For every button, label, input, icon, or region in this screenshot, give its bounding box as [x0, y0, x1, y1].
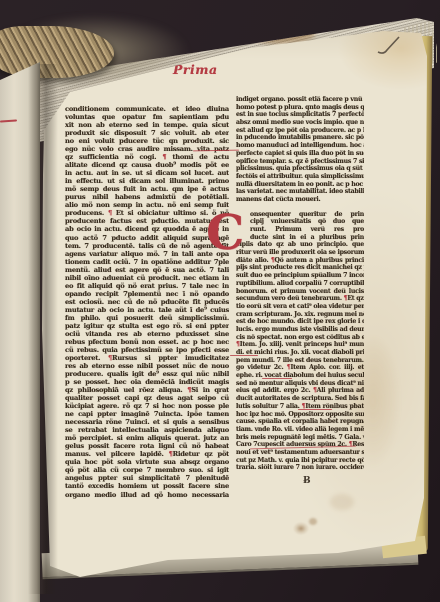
red-margin-stroke: [0, 119, 17, 122]
stain: [330, 494, 354, 510]
rubric-underline: [298, 409, 332, 410]
text-column-right: indiget organo. possit etiä facere p vnü…: [236, 96, 364, 472]
ink-signature-mark: Ƀ: [303, 476, 311, 486]
stain: [293, 522, 309, 535]
corner-pen-mark-icon: [376, 34, 402, 56]
headband: [0, 26, 114, 78]
column-block-beside-initial: C onsequenter queritur de principij vniu…: [236, 211, 364, 242]
lombardic-initial: C: [206, 213, 244, 253]
facing-page-sliver: [0, 62, 40, 602]
edge-stain: [245, 24, 315, 44]
initial-lines: onsequenter queritur de principij vniuer…: [250, 211, 364, 242]
column-block-top: indiget organo. possit etiä facere p vnü…: [236, 96, 364, 204]
book-photo: Prima conditionem communicate. et ideo d…: [0, 0, 440, 602]
rubric-underline: [262, 378, 292, 379]
stain: [309, 518, 317, 525]
manuscript-page: Prima conditionem communicate. et ideo d…: [38, 26, 432, 580]
text-column-left: conditionem communicate. et ideo diuinav…: [65, 105, 229, 499]
rubric-underline: [230, 355, 258, 356]
column-block-rest: cipiis dato qz ab uno principio. queritu…: [236, 241, 364, 472]
